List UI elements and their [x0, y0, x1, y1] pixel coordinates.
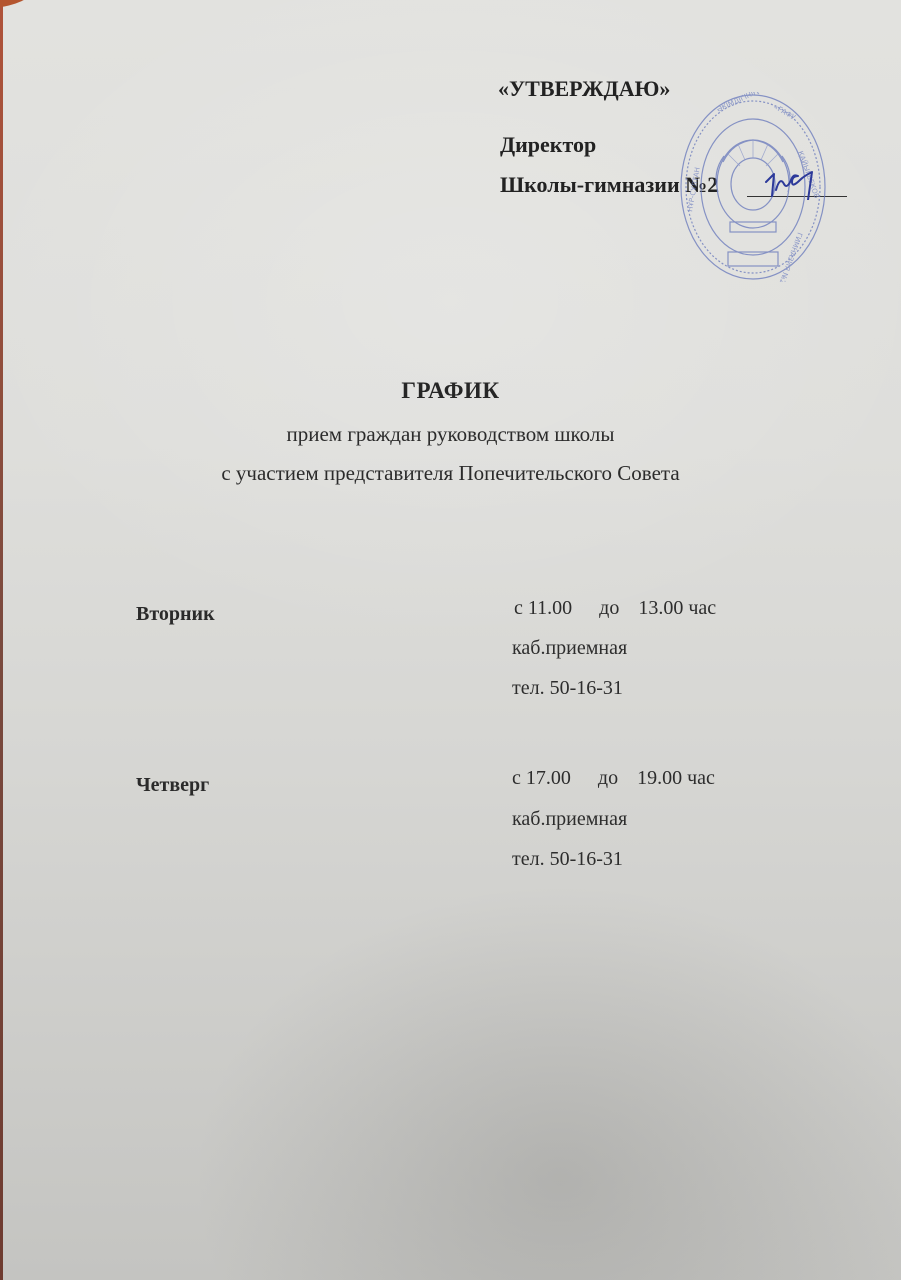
document-title: ГРАФИК [0, 378, 901, 404]
phone: тел. 50-16-31 [512, 849, 623, 869]
time-to: 19.00 час [637, 768, 715, 788]
svg-text:ӘКІМДІГІНІҢ: ӘКІМДІГІНІҢ [715, 92, 760, 114]
time-from: с 11.00 [514, 598, 572, 618]
table-edge [0, 0, 3, 1280]
time-to: 13.00 час [638, 598, 716, 618]
background-object [0, 0, 43, 14]
schedule-day: Вторник [136, 603, 215, 626]
schedule-day: Четверг [136, 774, 209, 797]
phone: тел. 50-16-31 [512, 678, 623, 698]
time-to-word: до [598, 768, 618, 788]
svg-text:«ҒАФУ: «ҒАФУ [772, 103, 797, 122]
approver-position: Директор [500, 134, 596, 156]
time-to-word: до [599, 598, 619, 618]
svg-text:НҰР-СҰЛТАН: НҰР-СҰЛТАН [686, 167, 702, 213]
signature-icon [760, 160, 830, 200]
approve-label: «УТВЕРЖДАЮ» [498, 78, 670, 100]
document-page: «УТВЕРЖДАЮ» Директор Школы-гимназии №2 Ә… [0, 0, 901, 1280]
time-from: с 17.00 [512, 768, 571, 788]
room: каб.приемная [512, 638, 627, 658]
room: каб.приемная [512, 809, 627, 829]
document-subtitle-2: с участием представителя Попечительского… [0, 461, 901, 486]
document-subtitle: прием граждан руководством школы [0, 422, 901, 447]
